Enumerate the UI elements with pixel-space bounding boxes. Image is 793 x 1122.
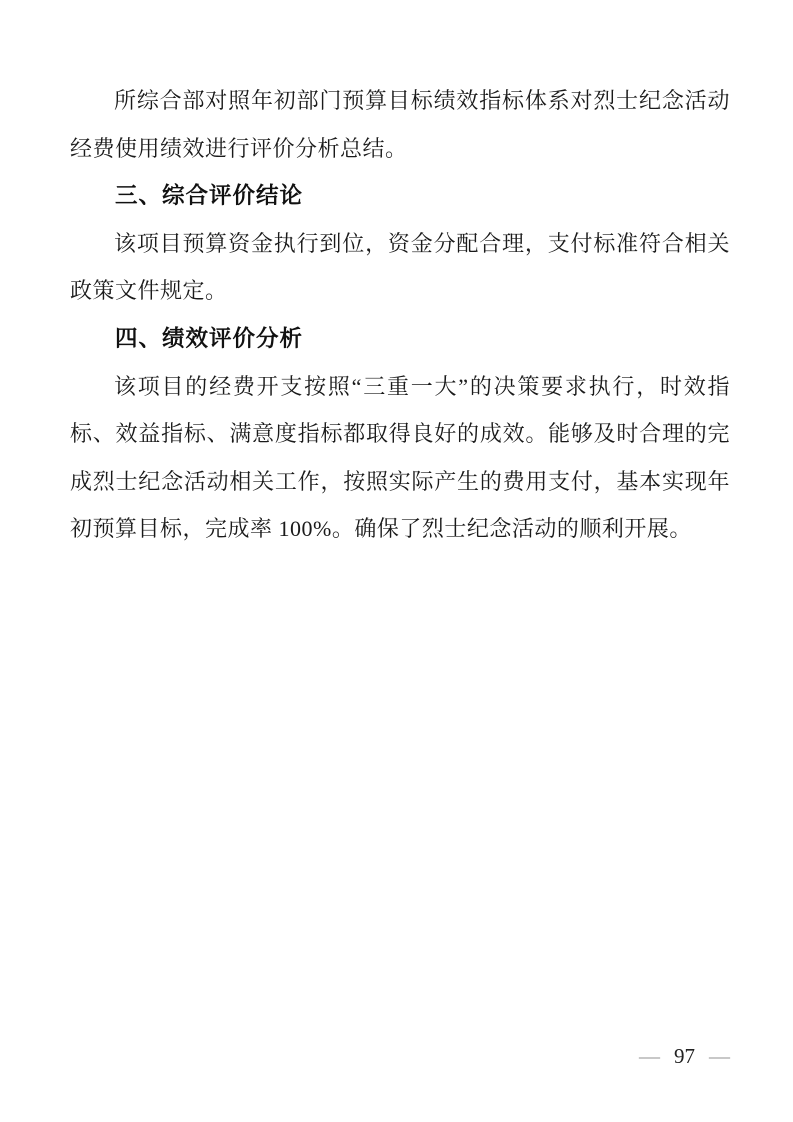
section-heading-3-comprehensive-conclusion: 三、综合评价结论 — [70, 172, 730, 220]
paragraph-evaluation-summary: 所综合部对照年初部门预算目标绩效指标体系对烈士纪念活动经费使用绩效进行评价分析总… — [70, 77, 730, 172]
paragraph-performance-analysis: 该项目的经费开支按照“三重一大”的决策要求执行，时效指标、效益指标、满意度指标都… — [70, 363, 730, 553]
page-number: 97 — [674, 1044, 695, 1068]
section-heading-4-performance-analysis: 四、绩效评价分析 — [70, 315, 730, 363]
document-page: 所综合部对照年初部门预算目标绩效指标体系对烈士纪念活动经费使用绩效进行评价分析总… — [0, 0, 793, 1122]
footer-left-dash: — — [639, 1044, 660, 1068]
page-footer: —97— — [639, 1046, 730, 1067]
document-body: 所综合部对照年初部门预算目标绩效指标体系对烈士纪念活动经费使用绩效进行评价分析总… — [70, 77, 730, 553]
footer-right-dash: — — [709, 1044, 730, 1068]
paragraph-budget-execution: 该项目预算资金执行到位，资金分配合理，支付标准符合相关政策文件规定。 — [70, 220, 730, 315]
